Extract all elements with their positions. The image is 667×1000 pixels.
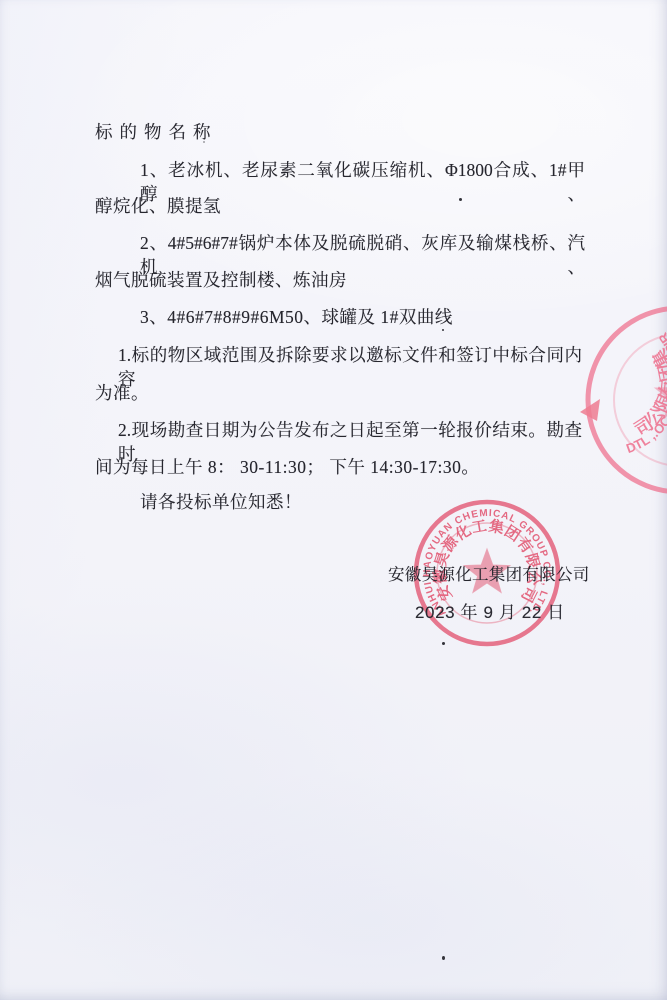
ink-speck: [442, 956, 445, 960]
seal-chinese-text: 安徽昊源化工集团有限公司: [431, 517, 543, 606]
signature-date: 2023 年 9 月 22 日: [415, 601, 565, 625]
body-line: 1.标的物区域范围及拆除要求以邀标文件和签订中标合同内容: [118, 343, 582, 391]
ink-speck: [442, 642, 445, 645]
body-line: 烟气脱硫装置及控制楼、炼油房: [95, 268, 347, 292]
ink-speck: [459, 198, 462, 201]
seal-chinese-text: 司公限有团集: [631, 346, 667, 440]
signature-company: 安徽昊源化工集团有限公司: [388, 563, 590, 587]
star-icon: [655, 370, 667, 418]
ink-speck: [203, 141, 205, 143]
seal-inner-ring: [614, 334, 667, 466]
body-line: 为准。: [95, 381, 149, 405]
company-seal-bleedthrough: DTL ,.OC PUORG LACIR 司公限有团集: [570, 290, 667, 510]
body-line: 请各投标单位知悉！: [140, 490, 302, 514]
seal-outer-ring: [588, 308, 667, 492]
seal-english-text: DTL ,.OC PUORG LACIR: [624, 329, 667, 456]
document-heading: 标的物名称: [95, 120, 218, 144]
body-line: 醇烷化、膜提氢: [95, 194, 221, 218]
scanned-document-page: DTL ,.OC PUORG LACIR 司公限有团集 ANHUI HAOYUA…: [0, 0, 667, 1000]
ink-speck: [442, 329, 444, 331]
body-line: 3、4#6#7#8#9#6M50、球罐及 1#双曲线: [140, 305, 453, 329]
body-line: 间为每日上午 8： 30-11:30； 下午 14:30-17:30。: [95, 455, 479, 479]
